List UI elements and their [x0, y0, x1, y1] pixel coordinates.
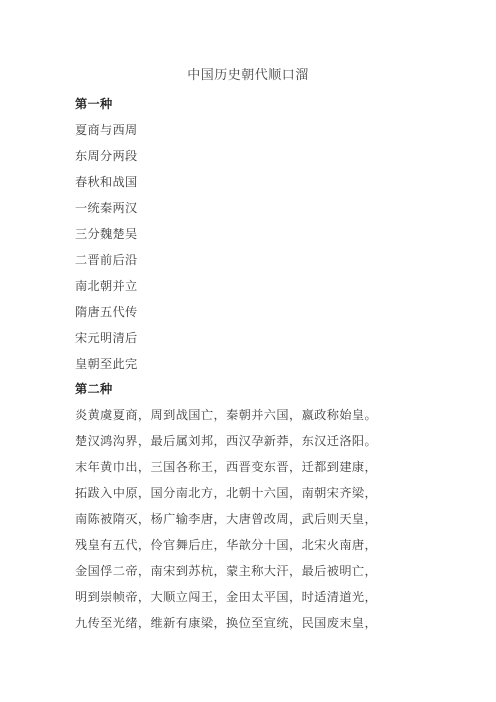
verse-line: 三分魏楚吴	[75, 221, 475, 247]
verse-line: 残皇有五代，伶官舞后庄，华歆分十国，北宋火南唐，	[75, 532, 475, 558]
document-page: 中国历史朝代顺口溜 第一种 夏商与西周 东周分两段 春秋和战国 一统秦两汉 三分…	[0, 0, 496, 702]
verse-line: 南北朝并立	[75, 273, 475, 299]
verse-line: 南陈被隋灭，杨广输李唐，大唐曾改周，武后则天皇，	[75, 506, 475, 532]
verse-line: 九传至光绪，维新有康梁，换位至宣统，民国废末皇，	[75, 610, 475, 636]
verse-line: 春秋和战国	[75, 169, 475, 195]
verse-line: 明到崇帧帝，大顺立闯王，金田太平国，时适清道光，	[75, 584, 475, 610]
document-body: 第一种 夏商与西周 东周分两段 春秋和战国 一统秦两汉 三分魏楚吴 二晋前后沿 …	[75, 92, 475, 636]
section-second-version: 第二种 炎黄虞夏商，周到战国亡，秦朝并六国，嬴政称始皇。 楚汉鸿沟界，最后属刘邦…	[75, 377, 475, 636]
section-heading: 第一种	[75, 92, 475, 117]
verse-line: 拓跋入中原，国分南北方，北朝十六国，南朝宋齐梁，	[75, 480, 475, 506]
verse-line: 末年黄巾出，三国各称王，西晋变东晋，迁都到建康，	[75, 454, 475, 480]
verse-line: 金国俘二帝，南宋到苏杭，蒙主称大汗，最后被明亡，	[75, 558, 475, 584]
verse-line: 二晋前后沿	[75, 247, 475, 273]
verse-line: 炎黄虞夏商，周到战国亡，秦朝并六国，嬴政称始皇。	[75, 402, 475, 428]
section-heading: 第二种	[75, 377, 475, 402]
section-first-version: 第一种 夏商与西周 东周分两段 春秋和战国 一统秦两汉 三分魏楚吴 二晋前后沿 …	[75, 92, 475, 377]
verse-line: 隋唐五代传	[75, 299, 475, 325]
verse-line: 楚汉鸿沟界，最后属刘邦，西汉孕新莽，东汉迁洛阳。	[75, 428, 475, 454]
verse-line: 一统秦两汉	[75, 195, 475, 221]
verse-line: 东周分两段	[75, 143, 475, 169]
verse-line: 宋元明清后	[75, 325, 475, 351]
document-title: 中国历史朝代顺口溜	[0, 64, 496, 83]
verse-line: 夏商与西周	[75, 117, 475, 143]
verse-line: 皇朝至此完	[75, 351, 475, 377]
